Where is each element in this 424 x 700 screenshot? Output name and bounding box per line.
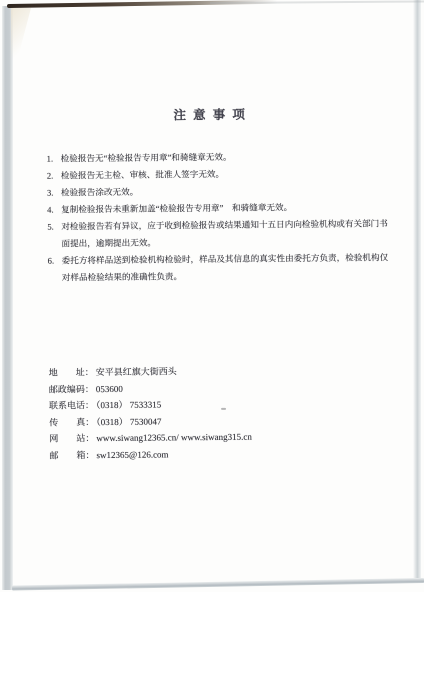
note-number: 1. <box>47 150 61 167</box>
note-item: 5. 对检验报告若有异议，应于收到检验报告或结果通知十五日内向检验机构或有关部门… <box>47 215 393 252</box>
note-text: 对检验报告若有异议，应于收到检验报告或结果通知十五日内向检验机构或有关部门书面提… <box>61 215 393 252</box>
contact-value: （0318） 7530047 <box>96 416 161 427</box>
paper-sheet: 注 意 事 项 1. 检验报告无“检验报告专用章”和骑缝章无效。 2. 检验报告… <box>0 0 424 592</box>
contact-label: 邮 箱： <box>49 450 94 460</box>
note-number: 4. <box>47 201 61 218</box>
printed-content: 注 意 事 项 1. 检验报告无“检验报告专用章”和骑缝章无效。 2. 检验报告… <box>0 0 424 594</box>
contact-value: （0318） 7533315 <box>96 400 161 411</box>
contact-row-email: 邮 箱：sw12365@126.com <box>49 444 379 464</box>
contact-label: 网 站： <box>49 434 94 444</box>
note-text: 委托方将样品送到检验机构检验时，样品及其信息的真实性由委托方负责，检验机构仅对样… <box>62 249 394 286</box>
contact-label: 联系电话： <box>49 400 94 410</box>
note-number: 6. <box>48 252 62 286</box>
scan-speck-artifact <box>221 408 226 410</box>
contact-value: www.siwang12365.cn/ www.siwang315.cn <box>96 432 252 443</box>
scanned-report-back-page: 注 意 事 项 1. 检验报告无“检验报告专用章”和骑缝章无效。 2. 检验报告… <box>0 0 424 700</box>
contact-label: 地 址： <box>49 367 94 377</box>
contact-block: 地 址：安平县红旗大街西头 邮政编码：053600 联系电话：（0318） 75… <box>49 361 380 464</box>
note-number: 5. <box>47 218 61 252</box>
contact-value: 053600 <box>96 383 123 393</box>
notes-list: 1. 检验报告无“检验报告专用章”和骑缝章无效。 2. 检验报告无主检、审核、批… <box>47 147 394 286</box>
note-item: 6. 委托方将样品送到检验机构检验时，样品及其信息的真实性由委托方负责，检验机构… <box>48 249 394 286</box>
contact-value: sw12365@126.com <box>96 449 168 460</box>
contact-label: 传 真： <box>49 417 94 427</box>
note-number: 2. <box>47 167 61 184</box>
notice-title: 注 意 事 项 <box>0 103 422 125</box>
note-number: 3. <box>47 184 61 201</box>
contact-value: 安平县红旗大街西头 <box>96 366 177 377</box>
contact-label: 邮政编码： <box>49 384 94 394</box>
